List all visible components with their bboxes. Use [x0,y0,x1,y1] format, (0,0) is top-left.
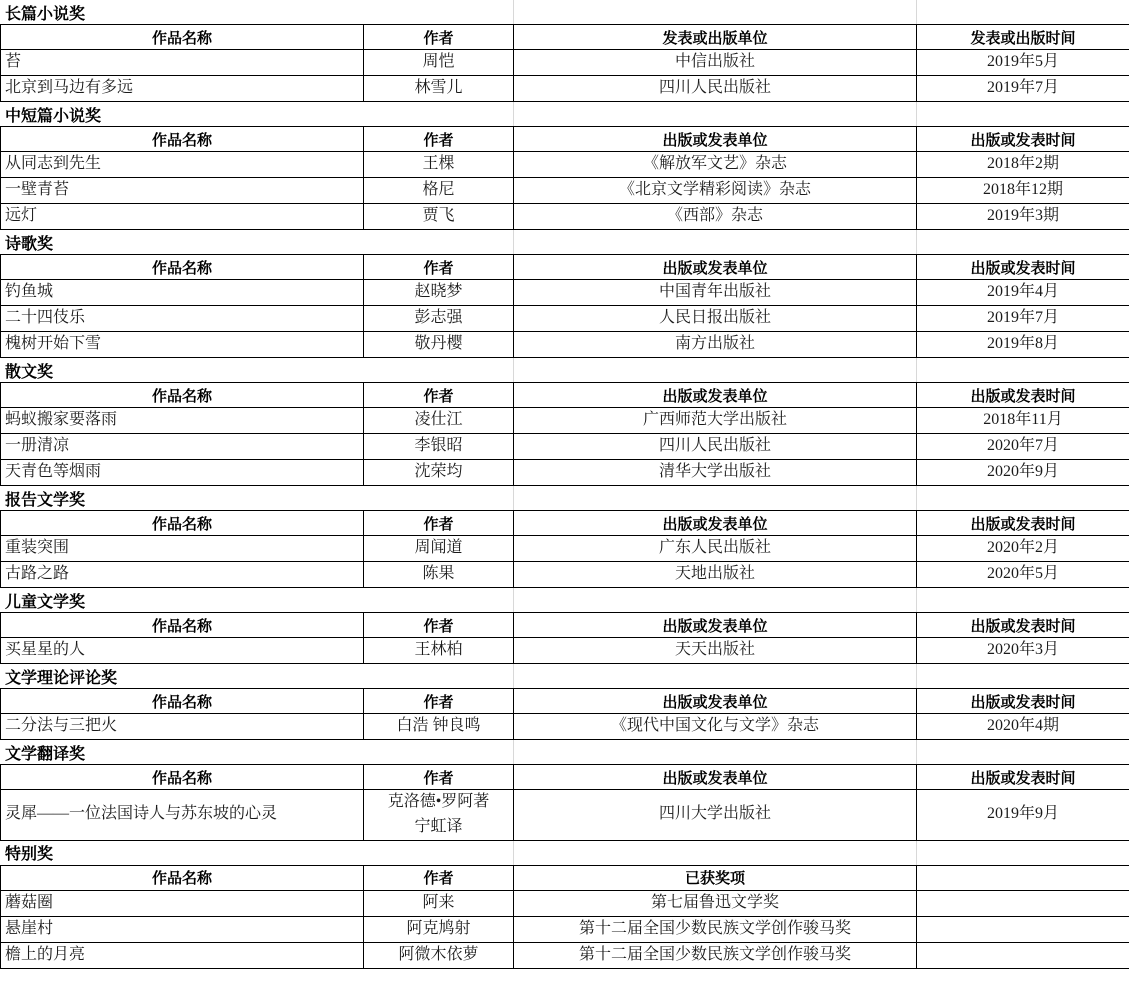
column-header[interactable] [917,865,1129,890]
table-row: 从同志到先生王棵《解放军文艺》杂志2018年2期 [1,152,1129,178]
section-title-cell[interactable]: 文学理论评论奖 [0,664,1129,688]
table-cell[interactable]: 檐上的月亮 [1,942,364,968]
table-cell[interactable]: 2019年3期 [917,204,1129,230]
table-row: 灵犀——一位法国诗人与苏东坡的心灵克洛德•罗阿著 宁虹译四川大学出版社2019年… [1,790,1129,841]
table-cell[interactable]: 2018年2期 [917,152,1129,178]
column-gridline [916,0,917,24]
table-cell[interactable]: 天天出版社 [514,638,917,664]
table-cell[interactable]: 王林柏 [364,638,514,664]
column-header[interactable]: 出版或发表单位 [514,383,917,408]
section-title-cell[interactable]: 特别奖 [0,841,1129,865]
column-header[interactable]: 作者 [364,383,514,408]
column-header[interactable]: 出版或发表时间 [917,383,1129,408]
column-gridline [513,664,514,688]
column-gridline [513,740,514,764]
column-header[interactable]: 作者 [364,255,514,280]
table-row: 北京到马边有多远林雪儿四川人民出版社2019年7月 [1,76,1129,102]
table-cell[interactable]: 四川人民出版社 [514,434,917,460]
table-cell[interactable]: 白浩 钟良鸣 [364,714,514,740]
table-cell[interactable]: 中国青年出版社 [514,280,917,306]
column-header[interactable]: 作者 [364,689,514,714]
table-cell[interactable]: 蚂蚁搬家要落雨 [1,408,364,434]
table-cell[interactable]: 2020年2月 [917,536,1129,562]
section-title-cell[interactable]: 文学翻译奖 [0,740,1129,764]
table-cell[interactable]: 二十四伎乐 [1,306,364,332]
column-gridline [916,664,917,688]
table-row: 二十四伎乐彭志强人民日报出版社2019年7月 [1,306,1129,332]
column-header[interactable]: 作者 [364,865,514,890]
column-header[interactable]: 作品名称 [1,865,364,890]
table-cell[interactable]: 《解放军文艺》杂志 [514,152,917,178]
section-title: 文学翻译奖 [5,741,85,764]
table-row: 蘑菇圈阿来第七届鲁迅文学奖 [1,890,1129,916]
table-cell[interactable]: 2019年5月 [917,50,1129,76]
header-row: 作品名称作者出版或发表单位出版或发表时间 [1,127,1129,152]
section-title: 中短篇小说奖 [5,103,101,126]
header-row: 作品名称作者出版或发表单位出版或发表时间 [1,383,1129,408]
column-header[interactable]: 发表或出版单位 [514,25,917,50]
header-row: 作品名称作者出版或发表单位出版或发表时间 [1,613,1129,638]
column-header[interactable]: 作者 [364,511,514,536]
table-cell[interactable]: 王棵 [364,152,514,178]
column-header[interactable]: 出版或发表时间 [917,511,1129,536]
table-cell[interactable]: 中信出版社 [514,50,917,76]
table-row: 买星星的人王林柏天天出版社2020年3月 [1,638,1129,664]
table-cell[interactable]: 周恺 [364,50,514,76]
column-header[interactable]: 出版或发表时间 [917,127,1129,152]
column-header[interactable]: 出版或发表时间 [917,765,1129,790]
table-cell[interactable]: 2020年5月 [917,562,1129,588]
header-row: 作品名称作者出版或发表单位出版或发表时间 [1,511,1129,536]
column-header[interactable]: 作者 [364,25,514,50]
table-cell[interactable]: 阿微木依萝 [364,942,514,968]
section-title-cell[interactable]: 儿童文学奖 [0,588,1129,612]
section-title: 文学理论评论奖 [5,665,117,688]
table-cell[interactable]: 2019年7月 [917,76,1129,102]
table-cell[interactable]: 格尼 [364,178,514,204]
table-cell[interactable]: 周闻道 [364,536,514,562]
column-gridline [513,358,514,382]
section-title: 散文奖 [5,359,53,382]
section-title: 长篇小说奖 [5,1,85,24]
table-cell[interactable]: 重装突围 [1,536,364,562]
table-cell[interactable]: 沈荣均 [364,460,514,486]
column-header[interactable]: 出版或发表时间 [917,255,1129,280]
table-cell[interactable]: 阿来 [364,890,514,916]
table-row: 蚂蚁搬家要落雨凌仕江广西师范大学出版社2018年11月 [1,408,1129,434]
table-cell[interactable]: 敬丹樱 [364,332,514,358]
table-cell[interactable]: 2019年8月 [917,332,1129,358]
table-cell[interactable]: 蘑菇圈 [1,890,364,916]
table-row: 远灯贾飞《西部》杂志2019年3期 [1,204,1129,230]
table-cell[interactable]: 克洛德•罗阿著 宁虹译 [364,790,514,841]
table-cell[interactable]: 广东人民出版社 [514,536,917,562]
table-cell[interactable]: 凌仕江 [364,408,514,434]
header-row: 作品名称作者出版或发表单位出版或发表时间 [1,689,1129,714]
table-cell[interactable]: 人民日报出版社 [514,306,917,332]
section-title-cell[interactable]: 诗歌奖 [0,230,1129,254]
table-row: 古路之路陈果天地出版社2020年5月 [1,562,1129,588]
table-cell[interactable]: 2020年7月 [917,434,1129,460]
column-gridline [513,0,514,24]
table-cell[interactable]: 《现代中国文化与文学》杂志 [514,714,917,740]
column-header[interactable]: 出版或发表时间 [917,613,1129,638]
table-cell[interactable]: 2019年4月 [917,280,1129,306]
table-cell[interactable]: 第十二届全国少数民族文学创作骏马奖 [514,916,917,942]
table-cell[interactable]: 2019年9月 [917,790,1129,841]
column-gridline [916,358,917,382]
table-cell[interactable]: 2019年7月 [917,306,1129,332]
table-cell[interactable]: 从同志到先生 [1,152,364,178]
table-cell[interactable]: 灵犀——一位法国诗人与苏东坡的心灵 [1,790,364,841]
column-header[interactable]: 发表或出版时间 [917,25,1129,50]
table-cell[interactable]: 阿克鸠射 [364,916,514,942]
table-cell[interactable]: 天地出版社 [514,562,917,588]
table-cell[interactable]: 清华大学出版社 [514,460,917,486]
column-header[interactable]: 出版或发表时间 [917,689,1129,714]
award-table: 作品名称作者发表或出版单位发表或出版时间苔周恺中信出版社2019年5月北京到马边… [0,24,1129,102]
table-cell[interactable]: 北京到马边有多远 [1,76,364,102]
table-cell[interactable]: 悬崖村 [1,916,364,942]
award-table: 作品名称作者已获奖项蘑菇圈阿来第七届鲁迅文学奖悬崖村阿克鸠射第十二届全国少数民族… [0,865,1129,969]
column-header[interactable]: 作品名称 [1,127,364,152]
table-cell[interactable] [917,916,1129,942]
table-row: 一壁青苔格尼《北京文学精彩阅读》杂志2018年12期 [1,178,1129,204]
table-row: 檐上的月亮阿微木依萝第十二届全国少数民族文学创作骏马奖 [1,942,1129,968]
table-row: 重装突围周闻道广东人民出版社2020年2月 [1,536,1129,562]
section-title-cell[interactable]: 中短篇小说奖 [0,102,1129,126]
table-cell[interactable]: 2018年12期 [917,178,1129,204]
table-cell[interactable]: 南方出版社 [514,332,917,358]
column-header[interactable]: 作者 [364,127,514,152]
column-gridline [513,230,514,254]
column-gridline [916,588,917,612]
award-table: 作品名称作者出版或发表单位出版或发表时间从同志到先生王棵《解放军文艺》杂志201… [0,126,1129,230]
column-header[interactable]: 作者 [364,613,514,638]
header-row: 作品名称作者出版或发表单位出版或发表时间 [1,255,1129,280]
table-cell[interactable] [917,890,1129,916]
column-header[interactable]: 已获奖项 [514,865,917,890]
column-header[interactable]: 作品名称 [1,383,364,408]
table-cell[interactable]: 古路之路 [1,562,364,588]
section-title-cell[interactable]: 散文奖 [0,358,1129,382]
column-gridline [513,486,514,510]
column-header[interactable]: 作品名称 [1,511,364,536]
table-cell[interactable]: 贾飞 [364,204,514,230]
award-table: 作品名称作者出版或发表单位出版或发表时间二分法与三把火白浩 钟良鸣《现代中国文化… [0,688,1129,740]
table-cell[interactable]: 苔 [1,50,364,76]
column-header[interactable]: 作者 [364,765,514,790]
column-header[interactable]: 作品名称 [1,613,364,638]
table-cell[interactable]: 第七届鲁迅文学奖 [514,890,917,916]
table-cell[interactable]: 李银昭 [364,434,514,460]
column-header[interactable]: 出版或发表单位 [514,511,917,536]
table-cell[interactable]: 远灯 [1,204,364,230]
table-cell[interactable]: 广西师范大学出版社 [514,408,917,434]
award-table: 作品名称作者出版或发表单位出版或发表时间钓鱼城赵晓梦中国青年出版社2019年4月… [0,254,1129,358]
table-row: 二分法与三把火白浩 钟良鸣《现代中国文化与文学》杂志2020年4期 [1,714,1129,740]
section-title: 儿童文学奖 [5,589,85,612]
section-title-cell[interactable]: 长篇小说奖 [0,0,1129,24]
section-title: 特别奖 [5,841,53,864]
award-table: 作品名称作者出版或发表单位出版或发表时间重装突围周闻道广东人民出版社2020年2… [0,510,1129,588]
column-gridline [916,740,917,764]
header-row: 作品名称作者发表或出版单位发表或出版时间 [1,25,1129,50]
table-cell[interactable]: 彭志强 [364,306,514,332]
table-cell[interactable]: 2018年11月 [917,408,1129,434]
awards-sheet: 长篇小说奖作品名称作者发表或出版单位发表或出版时间苔周恺中信出版社2019年5月… [0,0,1129,969]
table-cell[interactable]: 天青色等烟雨 [1,460,364,486]
column-header[interactable]: 出版或发表单位 [514,689,917,714]
table-cell[interactable]: 买星星的人 [1,638,364,664]
column-gridline [916,230,917,254]
header-row: 作品名称作者出版或发表单位出版或发表时间 [1,765,1129,790]
table-cell[interactable]: 一壁青苔 [1,178,364,204]
table-cell[interactable]: 第十二届全国少数民族文学创作骏马奖 [514,942,917,968]
table-cell[interactable] [917,942,1129,968]
column-gridline [916,841,917,865]
table-row: 钓鱼城赵晓梦中国青年出版社2019年4月 [1,280,1129,306]
table-cell[interactable]: 2020年9月 [917,460,1129,486]
table-cell[interactable]: 二分法与三把火 [1,714,364,740]
column-header[interactable]: 作品名称 [1,689,364,714]
column-header[interactable]: 出版或发表单位 [514,613,917,638]
column-header[interactable]: 作品名称 [1,25,364,50]
table-cell[interactable]: 林雪儿 [364,76,514,102]
table-cell[interactable]: 2020年4期 [917,714,1129,740]
section-title-cell[interactable]: 报告文学奖 [0,486,1129,510]
table-cell[interactable]: 钓鱼城 [1,280,364,306]
column-gridline [513,102,514,126]
table-row: 苔周恺中信出版社2019年5月 [1,50,1129,76]
column-header[interactable]: 作品名称 [1,765,364,790]
award-table: 作品名称作者出版或发表单位出版或发表时间蚂蚁搬家要落雨凌仕江广西师范大学出版社2… [0,382,1129,486]
column-header[interactable]: 出版或发表单位 [514,127,917,152]
column-gridline [513,588,514,612]
award-table: 作品名称作者出版或发表单位出版或发表时间灵犀——一位法国诗人与苏东坡的心灵克洛德… [0,764,1129,841]
table-cell[interactable]: 陈果 [364,562,514,588]
header-row: 作品名称作者已获奖项 [1,865,1129,890]
column-gridline [513,841,514,865]
table-row: 悬崖村阿克鸠射第十二届全国少数民族文学创作骏马奖 [1,916,1129,942]
table-row: 天青色等烟雨沈荣均清华大学出版社2020年9月 [1,460,1129,486]
table-cell[interactable]: 2020年3月 [917,638,1129,664]
section-title: 报告文学奖 [5,487,85,510]
column-header[interactable]: 出版或发表单位 [514,765,917,790]
table-cell[interactable]: 槐树开始下雪 [1,332,364,358]
table-cell[interactable]: 一册清凉 [1,434,364,460]
table-row: 一册清凉李银昭四川人民出版社2020年7月 [1,434,1129,460]
table-cell[interactable]: 四川大学出版社 [514,790,917,841]
column-header[interactable]: 作品名称 [1,255,364,280]
column-gridline [916,486,917,510]
award-table: 作品名称作者出版或发表单位出版或发表时间买星星的人王林柏天天出版社2020年3月 [0,612,1129,664]
table-cell[interactable]: 四川人民出版社 [514,76,917,102]
table-cell[interactable]: 《西部》杂志 [514,204,917,230]
column-gridline [916,102,917,126]
section-title: 诗歌奖 [5,231,53,254]
table-cell[interactable]: 赵晓梦 [364,280,514,306]
column-header[interactable]: 出版或发表单位 [514,255,917,280]
table-row: 槐树开始下雪敬丹樱南方出版社2019年8月 [1,332,1129,358]
table-cell[interactable]: 《北京文学精彩阅读》杂志 [514,178,917,204]
